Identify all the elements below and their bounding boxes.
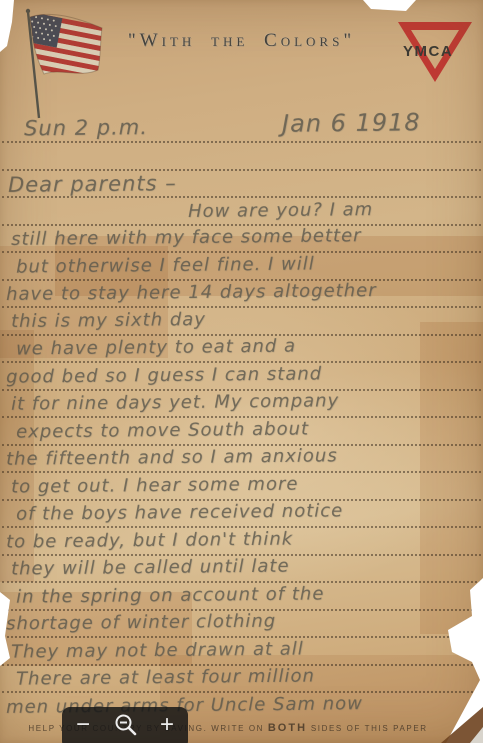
handwritten-line: the fifteenth and so I am anxious [6,445,338,469]
ymca-logo-icon: YMCA [396,20,474,84]
handwritten-line: to get out. I hear some more [11,473,299,497]
magnifier-button[interactable] [110,709,140,743]
letter-page: "With the Colors" YMCA Sun 2 p.m. Jan 6 … [0,0,483,743]
handwritten-line: it for nine days yet. My company [11,390,339,414]
ruled-line [2,691,481,693]
magnifier-icon [114,713,137,736]
handwritten-line: have to stay here 14 days altogether [6,280,377,305]
handwritten-salutation: Dear parents – [8,171,177,197]
handwritten-line: They may not be drawn at all [11,638,304,662]
tape-stain [0,246,168,358]
dateline-date: Jan 6 1918 [282,108,421,137]
zoom-in-button[interactable]: + [152,710,182,743]
ruled-line [2,526,481,528]
handwritten-line: expects to move South about [16,418,309,442]
ruled-line [2,471,481,473]
ruled-line [2,251,481,253]
tape-stain [0,330,34,582]
handwritten-line: How are you? I am [188,199,373,222]
ruled-line [2,636,481,638]
handwritten-line: we have plenty to eat and a [16,336,296,360]
handwritten-line: of the boys have received notice [16,500,343,524]
ruled-line [2,416,481,418]
ruled-line [2,499,481,501]
footer-suffix: SIDES OF THIS PAPER [307,724,428,733]
us-flag-icon [8,4,110,122]
ruled-line [2,306,481,308]
handwritten-line: There are at least four million [16,665,315,689]
ruled-line [2,389,481,391]
handwritten-line: to be ready, but I don't think [6,528,293,552]
handwritten-line: they will be called until late [11,556,290,580]
ruled-line [2,169,481,171]
ymca-logo-text: YMCA [403,43,453,60]
tape-stain [0,592,192,666]
ruled-line [2,141,481,143]
handwritten-line: but otherwise I feel fine. I will [16,253,315,277]
ruled-line [2,279,481,281]
ruled-line [2,334,481,336]
tape-stain [420,322,483,634]
ruled-line [2,444,481,446]
handwritten-line: this is my sixth day [11,308,206,331]
ruled-line [2,196,481,198]
ruled-line [2,224,481,226]
handwritten-line: shortage of winter clothing [6,611,276,635]
document-viewer: "With the Colors" YMCA Sun 2 p.m. Jan 6 … [0,0,483,743]
ruled-line [2,664,481,666]
ruled-line [2,361,481,363]
ruled-line [2,554,481,556]
ruled-line [2,609,481,611]
tape-stain [55,236,483,296]
handwritten-line: in the spring on account of the [16,583,325,607]
zoom-out-button[interactable]: − [68,710,98,743]
footer-emphasis: BOTH [268,722,307,734]
handwritten-line: still here with my face some better [11,225,362,250]
zoom-toolbar: − + [62,707,188,743]
ruled-line [2,581,481,583]
handwritten-line: good bed so I guess I can stand [6,363,322,387]
